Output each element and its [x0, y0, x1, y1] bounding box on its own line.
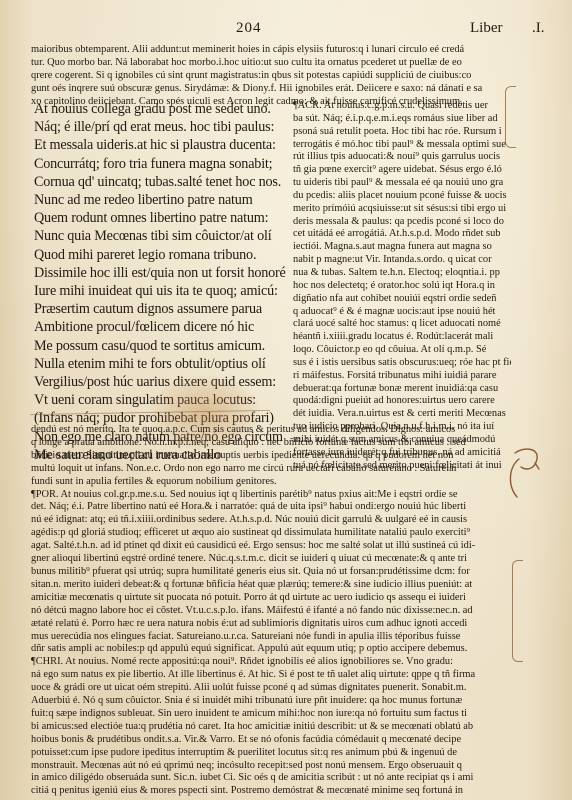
margin-bracket-annotation: [505, 86, 516, 148]
right-commentary-column: ¶ACR. At nouius.c.g.p.m.s.u. Quasi rédét…: [293, 100, 511, 472]
commentary-line: bunus militib⁹ pfuerat qsi utrúq; supra …: [31, 566, 511, 579]
commentary-line: bi amicus:sed electióe tua:q prudétia nó…: [31, 721, 511, 734]
commentary-line: hoc nos delectetq; é orator.hoc solú iqt…: [293, 280, 511, 293]
commentary-line: ætaté relatú é. Porro hæc re uera natura…: [31, 618, 511, 631]
commentary-line: terrogátis é mó.hoc tibi paul⁹ & messala…: [293, 139, 511, 152]
commentary-line: ná ego sum natus ex pie libertio. At ill…: [31, 669, 511, 682]
commentary-line: Aduerbiú é. Nó q sum côuictor. Snia é si…: [31, 695, 511, 708]
commentary-line: det. Náq; é.i. Patre libertino natú eé H…: [31, 501, 511, 514]
verse-line: Et messala uideris.at hic si plaustra du…: [34, 136, 299, 154]
commentary-line: rút illius tpis aduocati:& nouí⁹ quis ga…: [293, 151, 511, 164]
commentary-line: nú eé idignat: atq; eú tñ.i.xiiii.ordini…: [31, 514, 511, 527]
commentary-line: agédis:p qd gloriá studioq; efficeret ut…: [31, 527, 511, 540]
commentary-line: sitan.n. merito iuideri debeat:& q fortu…: [31, 579, 511, 592]
commentary-line: sus é i istis uersibus satis obscurus:ue…: [293, 357, 511, 370]
verse-line: Nulla etenim mihi te fors obtulit/optius…: [34, 355, 299, 373]
commentary-line: amicitiæ mecœnatis q uirtute sit puocata…: [31, 592, 511, 605]
manuscript-page: 204 Liber .I. maioribus obtemparent. Ali…: [0, 0, 572, 800]
commentary-line: héantñ i.xiiii.gradu locatus é. Rodút:la…: [293, 331, 511, 344]
commentary-line: maioribus obtemparent. Alii addunt:ut me…: [31, 44, 511, 57]
book-number: .I.: [532, 20, 545, 37]
verse-line: At nouius collega gradu post me sedet un…: [34, 100, 299, 118]
commentary-line: ¶CHRI. At nouius. Nomé recte appositú:qa…: [31, 656, 511, 669]
verse-line: Ambitione procul/fœlicem dicere nó hic: [34, 318, 299, 336]
commentary-line: in amico diligédo obseruáda sunt. Sic.n.…: [31, 772, 511, 785]
verse-line: Nunc quia Mecœnas tibi sim côuictor/at o…: [34, 227, 299, 245]
commentary-line: du pcedis: aliis placet nouium pconé fui…: [293, 190, 511, 203]
verse-line: Quem rodunt omnes libertino patre natum:: [34, 209, 299, 227]
commentary-line: multú loquit ut infans. Non.e.c. Ordo no…: [31, 463, 511, 476]
commentary-line: q aduocat⁹ é & é magnæ uocis:aut ipse no…: [293, 306, 511, 319]
commentary-line: gunt oés inqrere suú obscuræ genus. Siry…: [31, 83, 511, 96]
commentary-line: tñ gia pœne exercit⁹ agere uidebat. Sésu…: [293, 164, 511, 177]
commentary-line: fuit:q sæpe indignos subleuat. Sin uero …: [31, 708, 511, 721]
commentary-line: hoibus bonis & prudétibus ondit.s.a. Vir…: [31, 734, 511, 747]
running-title: Liber: [470, 20, 502, 37]
page-header: 204 Liber .I.: [0, 20, 572, 40]
commentary-line: potuisset:cum ipse pudore ipeditus inter…: [31, 747, 511, 760]
top-commentary: maioribus obtemparent. Alii addunt:ut me…: [31, 44, 511, 109]
commentary-line: clará uocé salté hoc stamus: q licet adu…: [293, 318, 511, 331]
commentary-line: uoce & grádi ore ut uicat oém strepitú. …: [31, 682, 511, 695]
commentary-line: nó détcú magno labore hoc ei côstet. Vt.…: [31, 605, 511, 618]
commentary-line: citiá q penitus igeniú eius & mores pspe…: [31, 785, 511, 798]
commentary-line: loqo. Côuictor.p eo qd côuiua. At olí q.…: [293, 344, 511, 357]
commentary-line: dendú est nó merito. Ita te quoq.a.p.c. …: [31, 424, 511, 437]
folio-number: 204: [236, 20, 262, 37]
commentary-line: tu uideris tibi paul⁹ & messala eé qa no…: [293, 177, 511, 190]
commentary-line: quodá:digni pueiút ad honores:uirtus uer…: [293, 395, 511, 408]
verse-line: Dissimile hoc illi est/quia non ut forsi…: [34, 264, 299, 282]
commentary-line: q longe a praua ambitione. Nó.h.m.p.i.ne…: [31, 437, 511, 450]
verse-line: Præsertim cautum dignos assumere parua: [34, 300, 299, 318]
commentary-line: gner alioqui libertinú eqstré ordiné ten…: [31, 553, 511, 566]
verse-line: Nunc ad me redeo libertino patre natum: [34, 191, 299, 209]
commentary-line: qrere cogerent. Si q ignobiles cú sint q…: [31, 70, 511, 83]
commentary-line: ¶ACR. At nouius.c.g.p.m.s.u. Quasi rédét…: [293, 100, 511, 113]
marginal-flourish-icon: [505, 445, 545, 505]
commentary-line: nabit p magne:ut Vir. Intanda.s.ordo. q …: [293, 254, 511, 267]
commentary-line: debuerat:qa fortunæ bonæ merent inuidiá:…: [293, 383, 511, 396]
commentary-line: digñatio nfa aut cohibet nouiúi eqstri o…: [293, 293, 511, 306]
verse-line: Iure mihi inuideat qui uis ita te quoq; …: [34, 282, 299, 300]
commentary-line: nua & tubas. Saltem te.h.n. Electoq; elo…: [293, 267, 511, 280]
commentary-line: psoná suá retulit poeta. Hoc tibi hac ró…: [293, 126, 511, 139]
commentary-line: tur. Quo morbo bar. Ná laborabat hoc mor…: [31, 57, 511, 70]
verse-line: Quod mihi pareret legio romana tribuno.: [34, 246, 299, 264]
verse-line: Me possum casu/quod te sortitus amicum.: [34, 337, 299, 355]
commentary-line: mus uerecúdia nos elingues faciat. Satur…: [31, 631, 511, 644]
commentary-line: fundi sunt in apulia fertiles & equorum …: [31, 476, 511, 489]
commentary-line: dét iuidia. Vera.n.uirtus est & certi me…: [293, 408, 511, 421]
commentary-line: monstrauit. Mecœnas aút nó eú qprimú neq…: [31, 760, 511, 773]
commentary-line: ba sút. Náq; é.i.p.q.e.m.i.eqs romáus si…: [293, 113, 511, 126]
commentary-line: agat. Salté.t.h.n. ad id ptinet qd dixit…: [31, 540, 511, 553]
verse-line: Náq; é ille/prí qd erat meus. hoc tibi p…: [34, 118, 299, 136]
commentary-line: ri máifestus. Forsitá tribunatus mihi iu…: [293, 370, 511, 383]
commentary-line: dñr satis ampli ac nobiles:p qd appulú e…: [31, 643, 511, 656]
commentary-line: ¶POR. At nouius col.gr.p.me.s.u. Sed nou…: [31, 489, 511, 502]
verse-line: Concurrátq; foro tria funera magna sonab…: [34, 155, 299, 173]
margin-bracket-annotation: [512, 560, 523, 662]
verse-line: Cornua qd' uincatq; tubas.salté tenet ho…: [34, 173, 299, 191]
bottom-commentary: dendú est nó merito. Ita te quoq.a.p.c. …: [31, 424, 511, 798]
commentary-line: merito prímóiú acqsiuisse:ut sit sésus:s…: [293, 203, 511, 216]
commentary-line: iectiói. Magna.s.aut magna funera aut ma…: [293, 241, 511, 254]
commentary-line: bñficio meo. Singultim.p.l.cú interuallo…: [31, 450, 511, 463]
commentary-line: deris messala & paulus: qa pcedis pconé …: [293, 216, 511, 229]
commentary-line: cet uitádá eé arrogátiá. At.h.s.p.d. Mod…: [293, 228, 511, 241]
